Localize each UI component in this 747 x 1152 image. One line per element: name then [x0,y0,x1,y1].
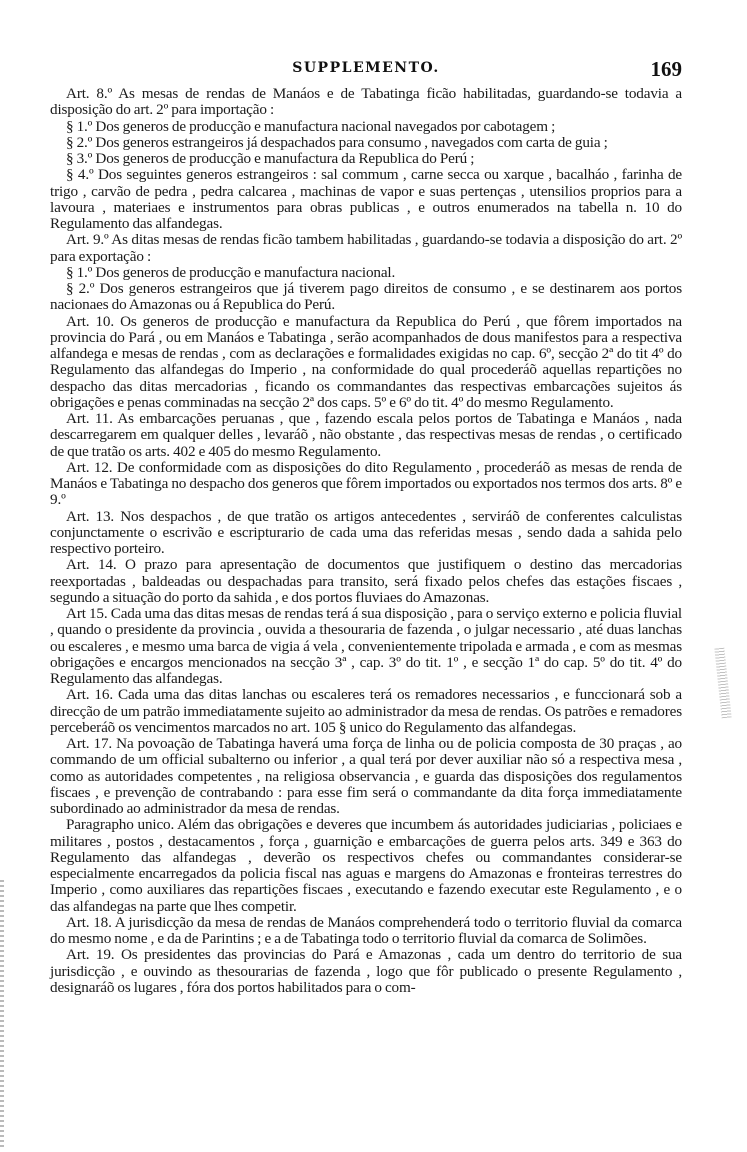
section-text: Dos generos de producção e manufactura n… [95,264,395,281]
section-label: § 1.º [66,264,92,281]
section-text: Dos generos de producção e manufactura n… [95,118,555,135]
article-17-paragrapho-unico: Paragrapho unico. Além das obrigações e … [50,817,682,915]
article-text: Cada uma das ditas lanchas ou escaleres … [50,686,682,736]
article-9-section-1: § 1.º Dos generos de producção e manufac… [50,265,682,281]
article-label: Art. 8.º [66,85,112,102]
article-text: As mesas de rendas de Manáos e de Tabati… [50,85,682,118]
article-label: Art. 10. [66,313,114,330]
page-number: 169 [651,57,683,82]
paragraph-label: Paragrapho unico. [66,816,174,833]
article-text: Nos despachos , de que tratão os artigos… [50,508,682,558]
section-text: Dos generos de producção e manufactura d… [95,150,474,167]
section-label: § 1.º [66,118,92,135]
article-label: Art. 11. [66,410,113,427]
article-label: Art. 13. [66,508,114,525]
article-text: As ditas mesas de rendas ficão tambem ha… [50,231,682,264]
section-text: Dos generos estrangeiros já despachados … [95,134,607,151]
document-page: SUPPLEMENTO. 169 Art. 8.º As mesas de re… [0,0,747,1152]
article-8-section-1: § 1.º Dos generos de producção e manufac… [50,119,682,135]
article-9-section-2: § 2.º Dos generos estrangeiros que já ti… [50,281,682,314]
article-text: De conformidade com as disposições do di… [50,459,682,509]
article-text: Cada uma das ditas mesas de rendas terá … [50,605,682,687]
article-text: Na povoação de Tabatinga haverá uma forç… [50,735,682,817]
section-text: Dos seguintes generos estrangeiros : sal… [50,166,682,232]
running-head: SUPPLEMENTO. [50,60,682,76]
article-text: As embarcações peruanas , que , fazendo … [50,410,682,460]
article-text: Os generos de producção e manufactura da… [50,313,682,411]
article-9: Art. 9.º As ditas mesas de rendas ficão … [50,232,682,265]
article-17: Art. 17. Na povoação de Tabatinga haverá… [50,736,682,817]
article-15: Art 15. Cada uma das ditas mesas de rend… [50,606,682,687]
section-label: § 2.º [66,134,92,151]
article-8-section-4: § 4.º Dos seguintes generos estrangeiros… [50,167,682,232]
section-label: § 2.º [66,280,94,297]
article-label: Art. 14. [66,556,116,573]
margin-ink-mark [714,648,731,719]
section-text: Dos generos estrangeiros que já tiverem … [50,280,682,313]
article-8-section-3: § 3.º Dos generos de producção e manufac… [50,151,682,167]
article-label: Art 15. [66,605,108,622]
article-13: Art. 13. Nos despachos , de que tratão o… [50,509,682,558]
article-text: A jurisdicção da mesa de rendas de Manáo… [50,914,682,947]
section-label: § 4.º [66,166,94,183]
article-12: Art. 12. De conformidade com as disposiç… [50,460,682,509]
article-label: Art. 16. [66,686,113,703]
page-header: SUPPLEMENTO. 169 [50,60,682,82]
section-label: § 3.º [66,150,92,167]
article-label: Art. 17. [66,735,112,752]
binding-edge-shadow [0,880,4,1150]
article-14: Art. 14. O prazo para apresentação de do… [50,557,682,606]
article-18: Art. 18. A jurisdicção da mesa de rendas… [50,915,682,948]
article-label: Art. 12. [66,459,112,476]
article-label: Art. 18. [66,914,112,931]
article-text: O prazo para apresentação de documentos … [50,556,682,606]
article-label: Art. 19. [66,946,114,963]
article-16: Art. 16. Cada uma das ditas lanchas ou e… [50,687,682,736]
article-text: Os presidentes das provincias do Pará e … [50,946,682,996]
article-19: Art. 19. Os presidentes das provincias d… [50,947,682,996]
article-8-section-2: § 2.º Dos generos estrangeiros já despac… [50,135,682,151]
article-8: Art. 8.º As mesas de rendas de Manáos e … [50,86,682,119]
body-text: Art. 8.º As mesas de rendas de Manáos e … [50,86,682,996]
article-label: Art. 9.º [66,231,109,248]
article-10: Art. 10. Os generos de producção e manuf… [50,314,682,412]
article-11: Art. 11. As embarcações peruanas , que ,… [50,411,682,460]
